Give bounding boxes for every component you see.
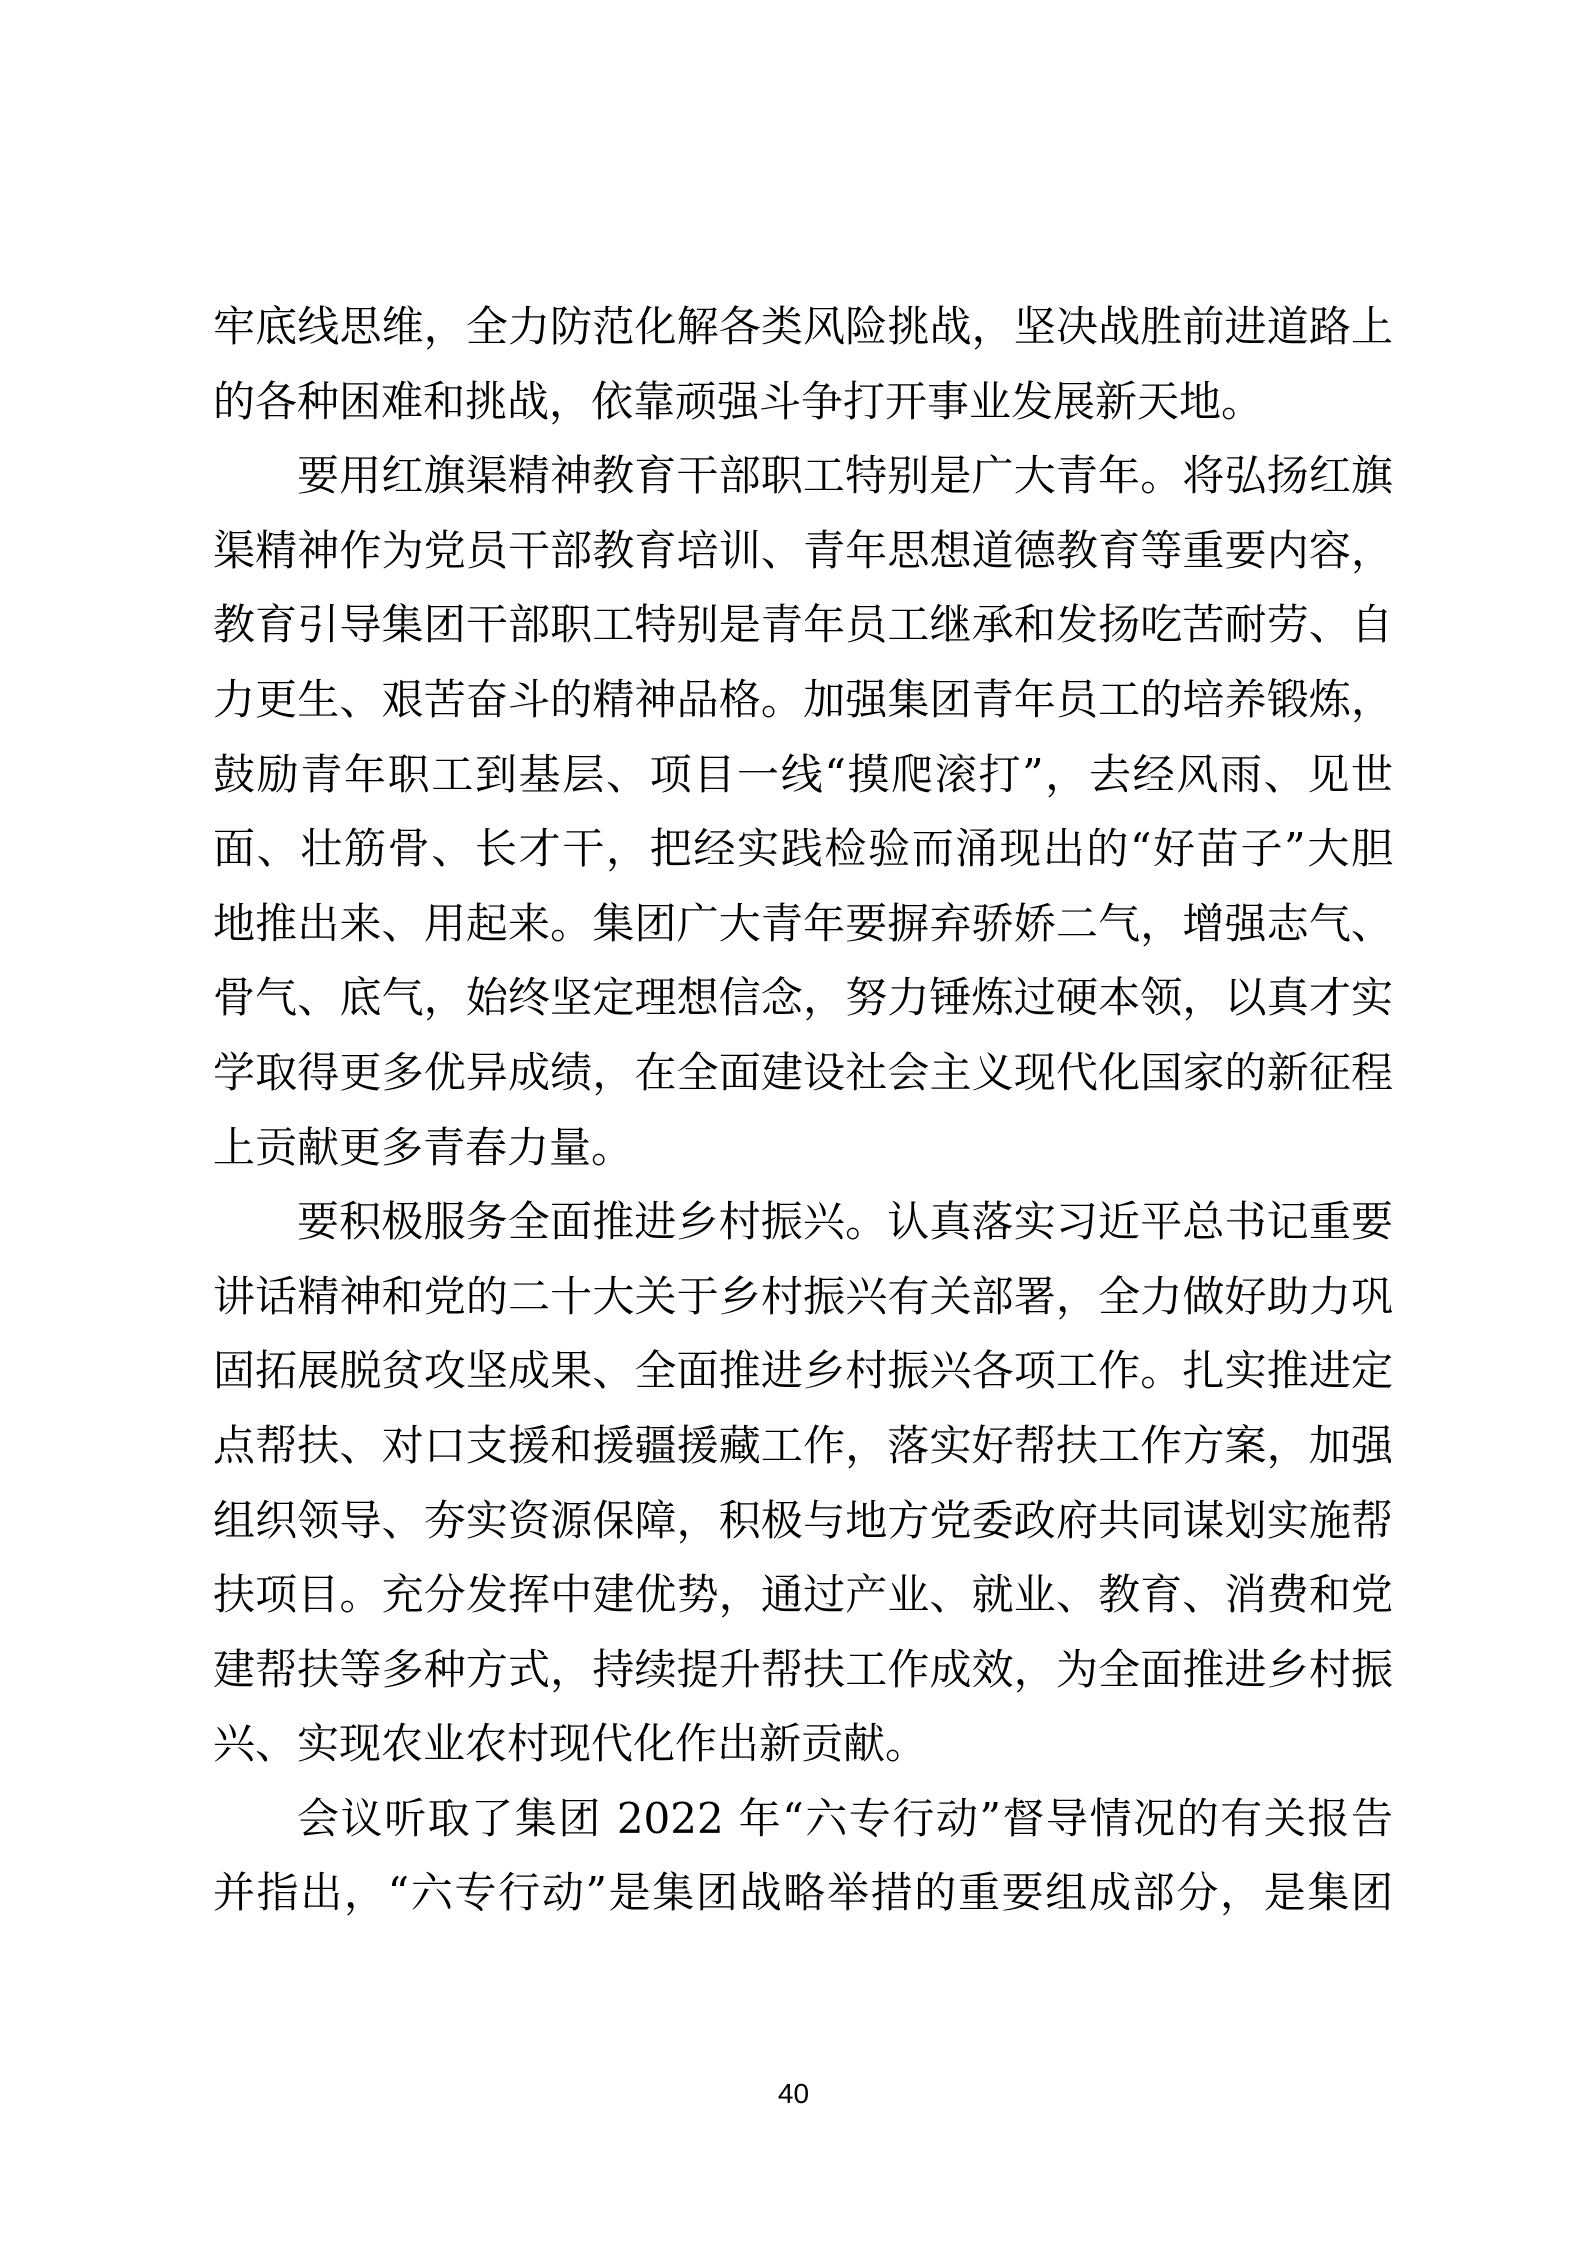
text-line: 骨气、底气，始终坚定理想信念，努力锤炼过硬本领，以真才实 [213,961,1393,1036]
text-line: 面、壮筋骨、长才干，把经实践检验而涌现出的“好苗子”大胆 [213,812,1393,887]
text-line: 兴、实现农业农村现代化作出新贡献。 [213,1707,1393,1782]
text-line: 讲话精神和党的二十大关于乡村振兴有关部署，全力做好助力巩 [213,1260,1393,1335]
text-line: 要用红旗渠精神教育干部职工特别是广大青年。将弘扬红旗 [213,439,1393,514]
text-line: 组织领导、夯实资源保障，积极与地方党委政府共同谋划实施帮 [213,1484,1393,1559]
page-number: 40 [778,2078,809,2109]
document-page: 牢底线思维，全力防范化解各类风险挑战，坚决战胜前进道路上的各种困难和挑战，依靠顽… [0,0,1587,2245]
page-footer: 40 [0,2078,1587,2110]
text-line: 的各种困难和挑战，依靠顽强斗争打开事业发展新天地。 [213,365,1393,440]
text-line: 扶项目。充分发挥中建优势，通过产业、就业、教育、消费和党 [213,1558,1393,1633]
text-line: 牢底线思维，全力防范化解各类风险挑战，坚决战胜前进道路上 [213,290,1393,365]
text-line: 并指出，“六专行动”是集团战略举措的重要组成部分，是集团 [213,1856,1393,1931]
text-line: 会议听取了集团 2022 年“六专行动”督导情况的有关报告 [213,1782,1393,1857]
text-line: 固拓展脱贫攻坚成果、全面推进乡村振兴各项工作。扎实推进定 [213,1334,1393,1409]
text-line: 教育引导集团干部职工特别是青年员工继承和发扬吃苦耐劳、自 [213,588,1393,663]
text-line: 要积极服务全面推进乡村振兴。认真落实习近平总书记重要 [213,1185,1393,1260]
text-line: 学取得更多优异成绩，在全面建设社会主义现代化国家的新征程 [213,1036,1393,1111]
text-line: 上贡献更多青春力量。 [213,1111,1393,1186]
text-line: 点帮扶、对口支援和援疆援藏工作，落实好帮扶工作方案，加强 [213,1409,1393,1484]
text-line: 地推出来、用起来。集团广大青年要摒弃骄娇二气，增强志气、 [213,887,1393,962]
document-body: 牢底线思维，全力防范化解各类风险挑战，坚决战胜前进道路上的各种困难和挑战，依靠顽… [213,290,1393,1931]
text-line: 鼓励青年职工到基层、项目一线“摸爬滚打”，去经风雨、见世 [213,738,1393,813]
text-line: 建帮扶等多种方式，持续提升帮扶工作成效，为全面推进乡村振 [213,1633,1393,1708]
text-line: 渠精神作为党员干部教育培训、青年思想道德教育等重要内容， [213,514,1393,589]
text-line: 力更生、艰苦奋斗的精神品格。加强集团青年员工的培养锻炼， [213,663,1393,738]
